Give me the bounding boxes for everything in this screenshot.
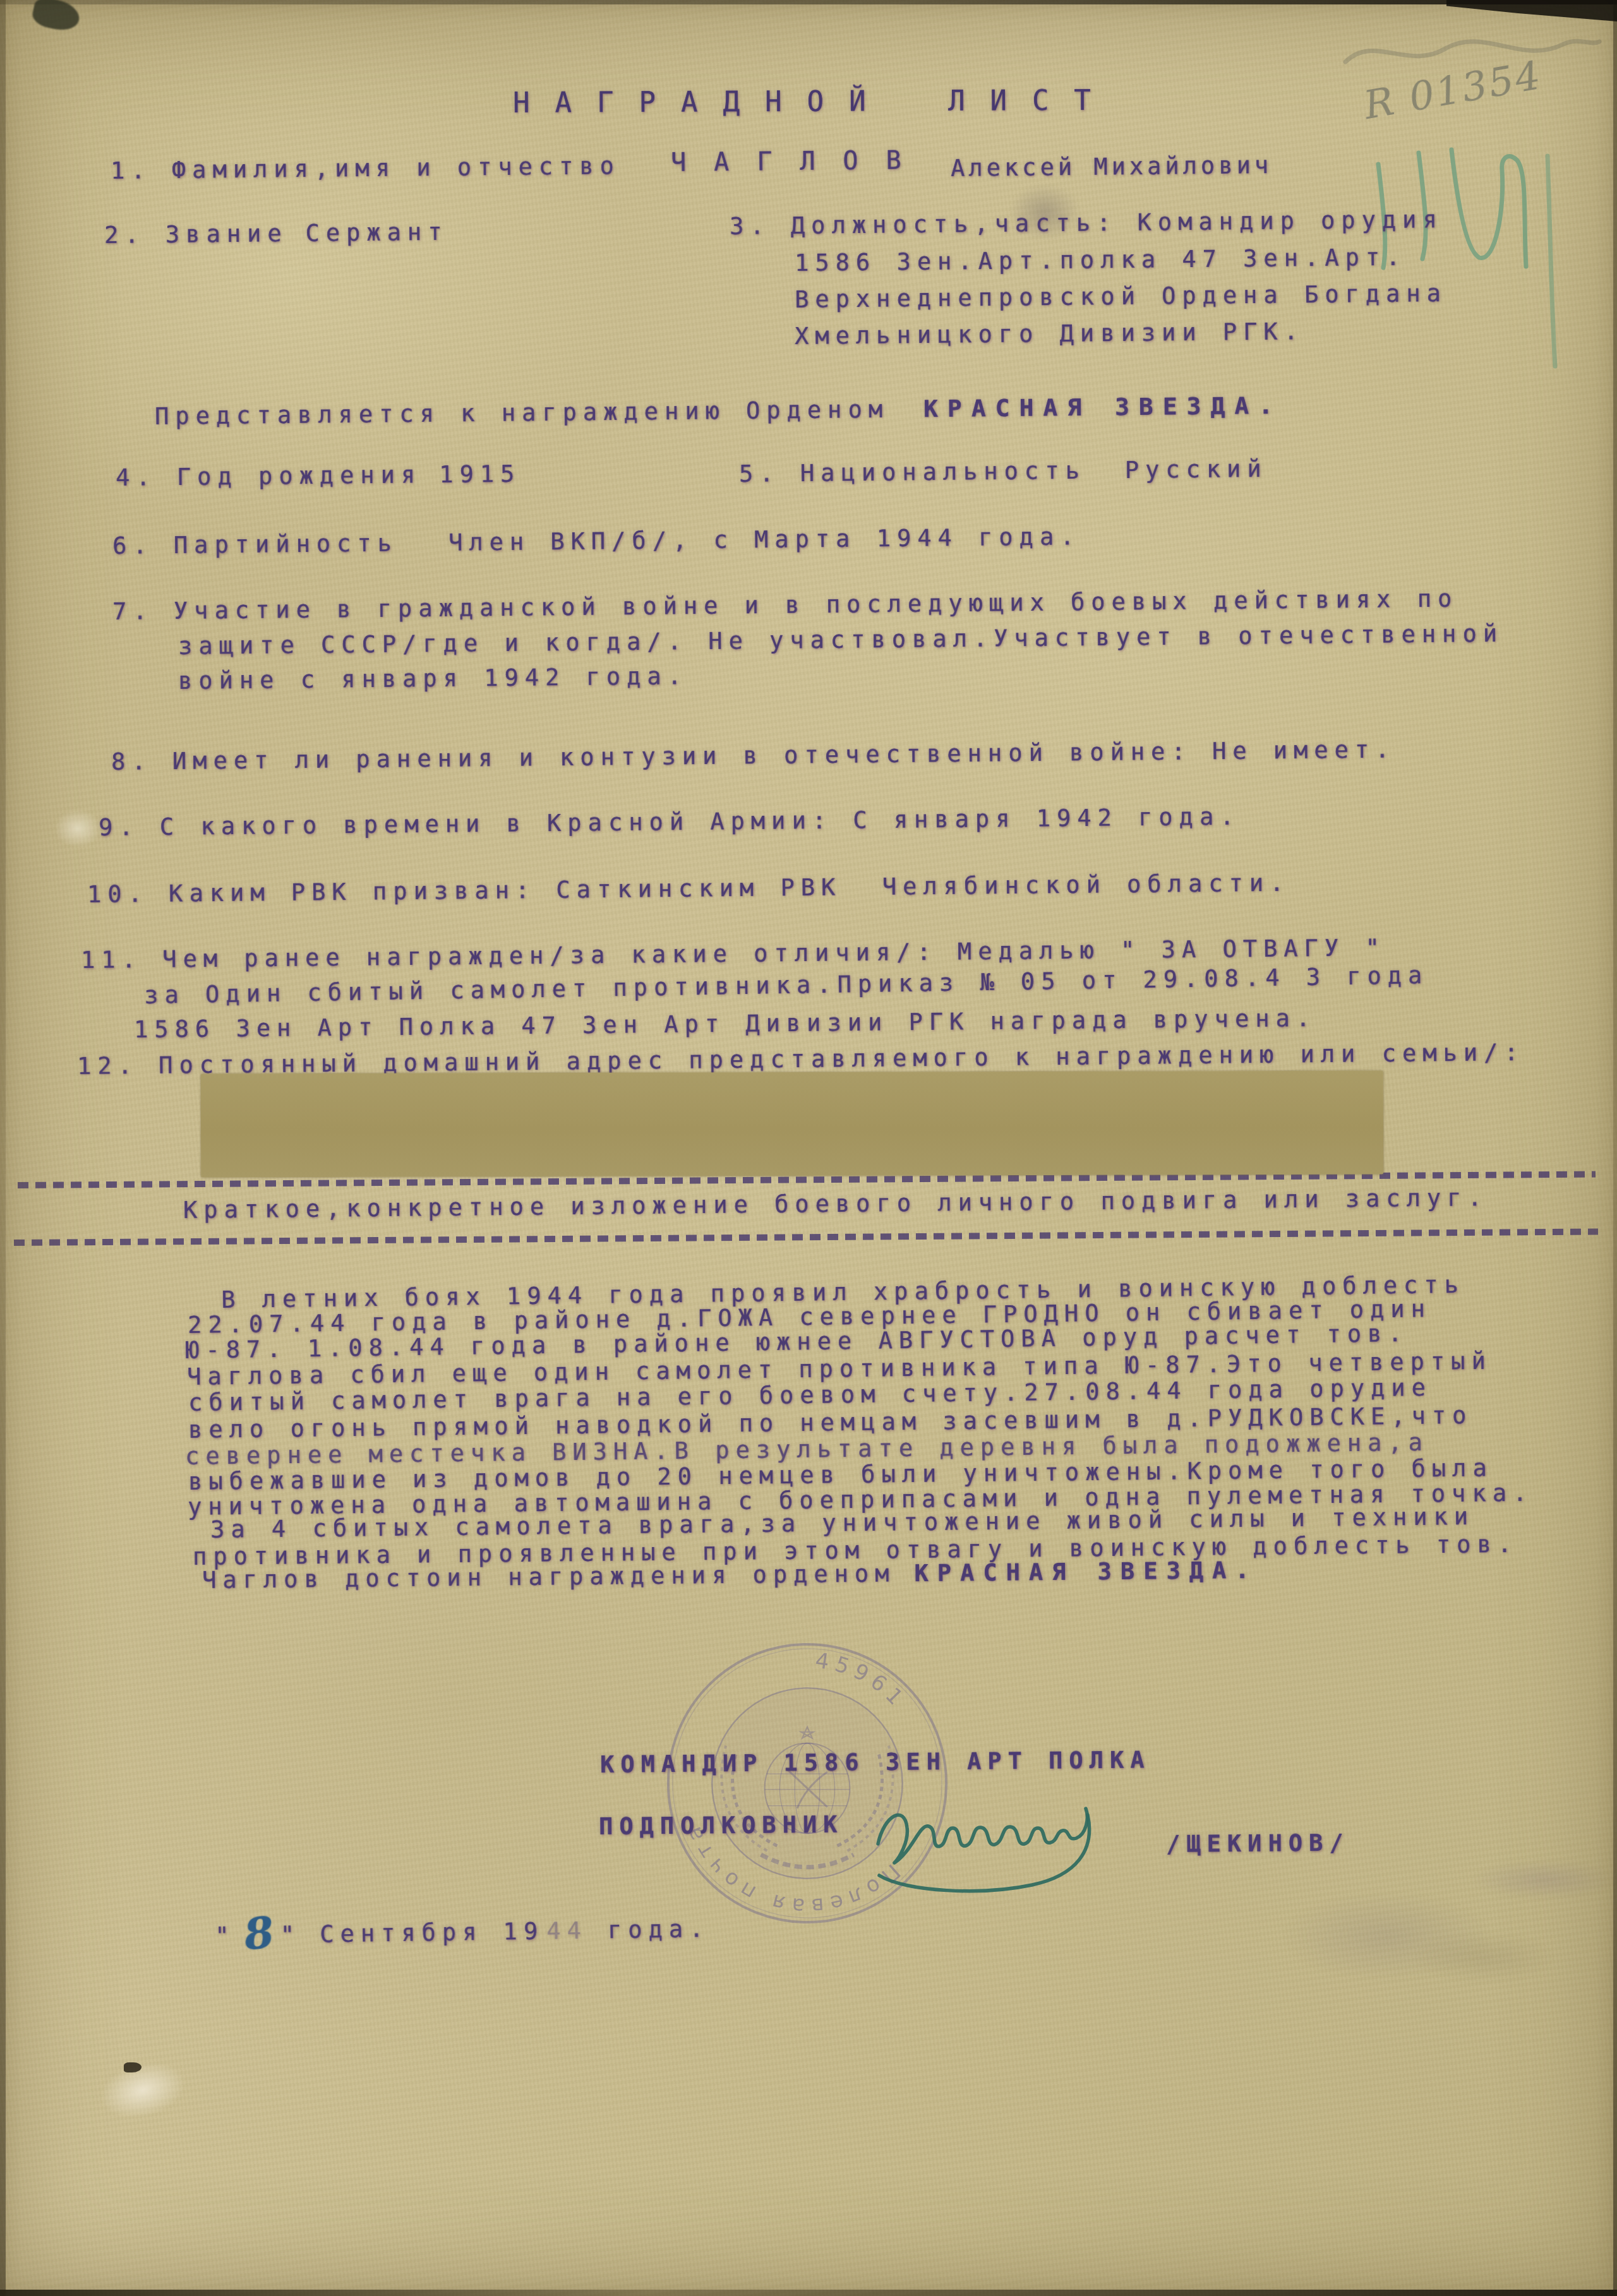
body-final-prefix: Чаглов достоин награждения орденом xyxy=(202,1560,896,1594)
field-3-line4: Хмельницкого Дивизии РГК. xyxy=(795,320,1304,348)
presentation-label: Представляется к награждению Орденом xyxy=(155,396,889,430)
field-7-line2: защите СССР/где и когда/. Не участвовал.… xyxy=(178,622,1503,658)
page-title: НАГРАДНОЙ ЛИСТ xyxy=(513,87,1116,117)
field-3-line1: 3. Должность,часть: Командир орудия xyxy=(730,208,1443,238)
presentation-line: Представляется к награждению ОрденомКРАС… xyxy=(155,393,1282,428)
date-typed: Сентября 19 xyxy=(320,1920,544,1946)
corner-ink-blot xyxy=(30,0,82,33)
field-2-value: Сержант xyxy=(305,218,448,247)
field-7-line3: войне с января 1942 года. xyxy=(178,664,688,693)
torn-patch-notch xyxy=(124,2062,141,2072)
field-2-rank: 2. ЗваниеСержант xyxy=(104,220,448,247)
date-close-quote: " xyxy=(280,1923,301,1946)
section-divider-bottom xyxy=(14,1228,1598,1246)
body-final-award: КРАСНАЯ ЗВЕЗДА. xyxy=(914,1557,1258,1587)
ghost-mark xyxy=(1282,1892,1491,1980)
torn-patch xyxy=(95,2054,191,2126)
paper-scuff xyxy=(54,810,101,847)
signer-name: /ЩЕКИНОВ/ xyxy=(1166,1831,1350,1856)
field-1-name: Алексей Михайлович xyxy=(951,153,1272,180)
field-9-service-since: 9. С какого времени в Красной Армии: С я… xyxy=(99,805,1241,839)
field-2-label: 2. Звание xyxy=(104,220,288,249)
date-suffix: года. xyxy=(587,1917,710,1942)
ghost-mark xyxy=(1472,1860,1617,1899)
field-6-value: Член ВКП/б/, с Марта 1944 года. xyxy=(448,523,1081,556)
field-5-nationality: 5. НациональностьРусский xyxy=(739,457,1268,486)
field-1-label: 1. Фамилия,имя и отчество xyxy=(111,154,620,182)
field-1-surname: ЧАГЛОВ xyxy=(671,148,929,176)
field-8-wounds: 8. Имеет ли ранения и контузии в отечест… xyxy=(111,738,1396,774)
rank-line: ПОДПОЛКОВНИК xyxy=(599,1813,844,1838)
award-name: КРАСНАЯ ЗВЕЗДА. xyxy=(923,392,1283,422)
date-open-quote: " xyxy=(215,1924,236,1947)
field-3-line2: 1586 Зен.Арт.полка 47 Зен.Арт. xyxy=(795,246,1407,275)
date-line: "8"Сентября 1944 года. xyxy=(215,1910,710,1947)
ghost-mark xyxy=(1415,1932,1554,1983)
scan-edge-top xyxy=(0,0,1617,4)
field-6-label: 6. Партийность xyxy=(112,530,398,559)
redaction-block xyxy=(201,1071,1383,1178)
field-3-line3: Верхнеднепровской Ордена Богдана xyxy=(795,282,1447,311)
field-5-value: Русский xyxy=(1125,455,1268,484)
scan-edge-right xyxy=(1613,0,1617,2296)
handwritten-day: 8 xyxy=(243,1915,276,1952)
date-year-faint: 44 xyxy=(546,1919,587,1943)
field-10-drafted-by: 10. Каким РВК призван: Саткинским РВК Че… xyxy=(87,871,1290,906)
signature-autograph xyxy=(867,1782,1163,1902)
field-6-party: 6. ПартийностьЧлен ВКП/б/, с Марта 1944 … xyxy=(112,525,1081,558)
field-4-label: 4. Год рождения xyxy=(116,461,422,491)
commander-line: КОМАНДИР 1586 ЗЕН АРТ ПОЛКА xyxy=(600,1748,1151,1776)
field-11-line3: 1586 Зен Арт Полка 47 Зен Арт Дивизии РГ… xyxy=(134,1007,1316,1041)
field-7-line1: 7. Участие в гражданской войне и в после… xyxy=(112,587,1458,623)
field-4-value: 1915 xyxy=(439,460,521,488)
scan-edge-bottom xyxy=(0,2290,1617,2296)
field-4-birth-year: 4. Год рождения1915 xyxy=(116,462,521,489)
award-sheet-document: R 01354 НАГРАДНОЙ ЛИСТ 1. Фамилия,имя и … xyxy=(0,0,1617,2296)
scan-edge-left xyxy=(0,0,6,2296)
field-5-label: 5. Национальность xyxy=(739,457,1086,487)
section-heading: Краткое,конкретное изложение боевого лич… xyxy=(183,1186,1488,1222)
